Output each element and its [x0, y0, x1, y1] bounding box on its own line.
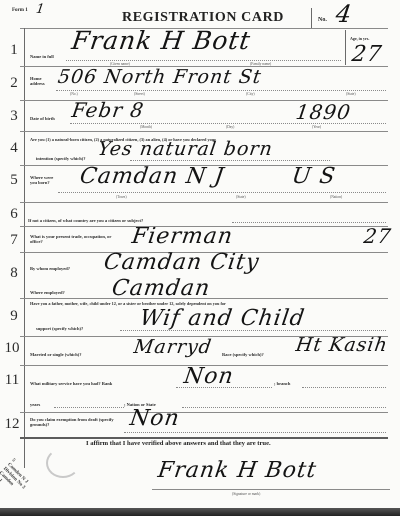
name-label: Name in full — [30, 54, 54, 59]
divider — [345, 30, 346, 65]
fill-line — [124, 432, 386, 433]
birthplace-town-state[interactable]: Camdan N J — [78, 164, 226, 189]
fill-line — [130, 160, 330, 161]
fill-line — [54, 407, 124, 408]
fill-line — [70, 123, 386, 124]
margin-note: 27 — [362, 224, 393, 248]
card-title: REGISTRATION CARD — [122, 10, 284, 26]
military-label: What military service have you had? Rank — [30, 381, 112, 386]
dob-month-day[interactable]: Febr 8 — [70, 98, 145, 122]
divider — [20, 412, 388, 413]
form-number-handwritten: 1 — [35, 2, 46, 17]
marital-value[interactable]: Marryd — [132, 336, 213, 358]
signature: Frank H Bott — [156, 458, 318, 483]
occupation-value[interactable]: Fierman — [130, 224, 234, 249]
birthplace-nation[interactable]: U S — [290, 164, 337, 189]
address-label: Home address — [30, 76, 52, 86]
sublabel: (State) — [236, 195, 246, 199]
divider — [20, 298, 388, 299]
fill-line — [232, 222, 386, 223]
row-number: 4 — [4, 140, 24, 157]
fill-line — [176, 387, 272, 388]
dob-label: Date of birth — [30, 116, 55, 121]
age-label: Age, in yrs. — [350, 36, 369, 41]
row-number: 12 — [2, 416, 22, 433]
branch-label: ; branch — [274, 381, 290, 386]
row-number: 10 — [2, 340, 22, 357]
row-number: 2 — [4, 75, 24, 92]
dependents-value[interactable]: Wif and Child — [138, 306, 306, 331]
fill-line — [58, 192, 386, 193]
divider — [20, 131, 388, 132]
form-label: Form 1 — [12, 8, 28, 13]
card-number: 4 — [334, 0, 354, 28]
divider — [20, 202, 388, 203]
row-number: 5 — [4, 172, 24, 189]
affirmation-text: I affirm that I have verified above answ… — [86, 440, 271, 447]
fill-line — [56, 90, 386, 91]
sublabel: (Nation) — [330, 195, 342, 199]
citizenship-value[interactable]: Yes natural born — [96, 138, 274, 160]
employer-label: By whom employed? — [30, 266, 70, 271]
employer-value[interactable]: Camdan City — [102, 250, 261, 275]
row-number: 8 — [4, 265, 24, 282]
row-number: 6 — [4, 206, 24, 223]
divider — [311, 8, 312, 28]
sublabel: (Street) — [134, 92, 145, 96]
scan-edge — [0, 508, 400, 516]
number-label: No. — [318, 17, 327, 23]
dob-year[interactable]: 1890 — [294, 100, 352, 124]
foreign-citizen-label: If not a citizen, of what country are yo… — [28, 218, 143, 223]
row-number: 1 — [4, 42, 24, 59]
dependents-label: support (specify which)? — [36, 326, 83, 331]
sublabel: (State) — [346, 92, 356, 96]
registration-card: Form 1 1 REGISTRATION CARD No. 4 1 Name … — [0, 0, 400, 516]
sublabel: (City) — [246, 92, 255, 96]
signature-line — [152, 489, 390, 490]
row-number: 3 — [4, 108, 24, 125]
fill-line — [182, 407, 386, 408]
stamp-mark — [46, 448, 80, 478]
race-value[interactable]: Ht Kasih — [294, 334, 389, 356]
sublabel: (No.) — [70, 92, 78, 96]
row-number: 11 — [2, 372, 22, 389]
exemption-value[interactable]: Non — [128, 406, 181, 431]
fill-line — [302, 387, 386, 388]
age-value[interactable]: 27 — [350, 42, 384, 67]
employment-place-label: Where employed? — [30, 290, 65, 295]
sublabel: (Day) — [226, 125, 234, 129]
fill-line — [66, 60, 341, 61]
sublabel: (Town) — [116, 195, 127, 199]
name-value[interactable]: Frank H Bott — [70, 26, 253, 55]
occupation-label: What is your present trade, occupation, … — [30, 234, 122, 244]
fill-line — [120, 330, 386, 331]
row-number: 7 — [4, 232, 24, 249]
row-number: 9 — [4, 308, 24, 325]
birthplace-label: Where were you born? — [30, 175, 54, 185]
divider — [20, 437, 388, 439]
signature-caption: (Signature or mark) — [232, 492, 260, 496]
address-value[interactable]: 506 North Front St — [56, 66, 263, 88]
citizenship-label: intention (specify which)? — [36, 156, 86, 161]
left-border — [24, 28, 25, 468]
marital-label: Married or single (which)? — [30, 352, 82, 357]
sublabel: (Year) — [312, 125, 321, 129]
military-rank-value[interactable]: Non — [182, 364, 235, 389]
years-label: years — [30, 402, 40, 407]
exemption-label: Do you claim exemption from draft (speci… — [30, 417, 122, 427]
sublabel: (Month) — [140, 125, 152, 129]
registrar-stamp: 5 Camden N J Division No 3 Camden N J — [0, 458, 34, 499]
race-label: Race (specify which)? — [222, 352, 264, 357]
